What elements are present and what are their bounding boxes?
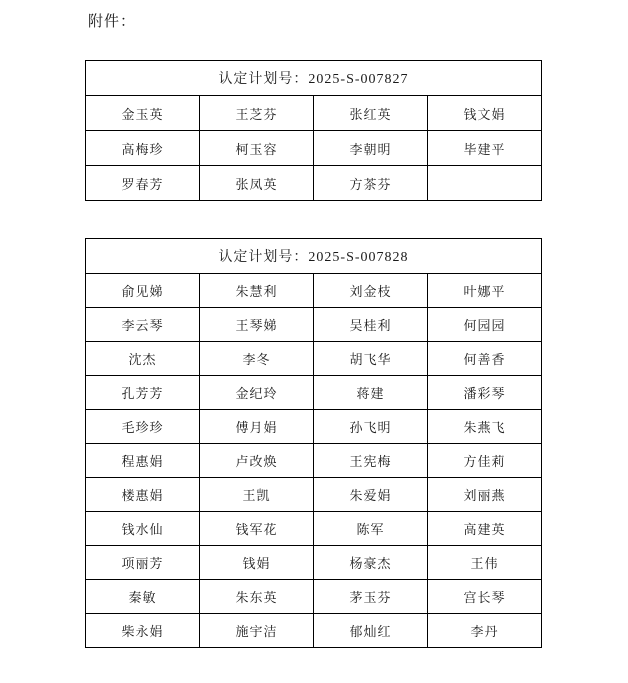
name-cell: 金纪玲 bbox=[200, 376, 314, 410]
plan-table-body: 金玉英王芝芬张红英钱文娟高梅珍柯玉容李朝明毕建平罗春芳张凤英方茶芬 bbox=[86, 96, 542, 201]
plan-number-title: 认定计划号：2025-S-007828 bbox=[86, 239, 542, 274]
name-cell: 王伟 bbox=[428, 546, 542, 580]
name-cell: 朱燕飞 bbox=[428, 410, 542, 444]
name-cell: 陈军 bbox=[314, 512, 428, 546]
name-cell: 高梅珍 bbox=[86, 131, 200, 166]
name-cell: 毕建平 bbox=[428, 131, 542, 166]
name-cell: 蒋建 bbox=[314, 376, 428, 410]
name-cell: 郁灿红 bbox=[314, 614, 428, 648]
table-row: 秦敏朱东英茅玉芬宫长琴 bbox=[86, 580, 542, 614]
name-cell: 王凯 bbox=[200, 478, 314, 512]
name-cell: 王宪梅 bbox=[314, 444, 428, 478]
name-cell: 胡飞华 bbox=[314, 342, 428, 376]
name-cell: 施宇洁 bbox=[200, 614, 314, 648]
plan-number-title: 认定计划号：2025-S-007827 bbox=[86, 61, 542, 96]
name-cell: 钱文娟 bbox=[428, 96, 542, 131]
table-row: 李云琴王琴娣吴桂利何园园 bbox=[86, 308, 542, 342]
table-row: 钱水仙钱军花陈军高建英 bbox=[86, 512, 542, 546]
name-cell: 叶娜平 bbox=[428, 274, 542, 308]
name-cell: 方佳莉 bbox=[428, 444, 542, 478]
table-row: 高梅珍柯玉容李朝明毕建平 bbox=[86, 131, 542, 166]
table-row: 金玉英王芝芬张红英钱文娟 bbox=[86, 96, 542, 131]
name-cell: 程惠娟 bbox=[86, 444, 200, 478]
name-cell: 朱爱娟 bbox=[314, 478, 428, 512]
attachment-label: 附件： bbox=[88, 10, 136, 31]
name-cell: 李丹 bbox=[428, 614, 542, 648]
name-cell: 方茶芬 bbox=[314, 166, 428, 201]
name-cell: 卢改焕 bbox=[200, 444, 314, 478]
name-cell: 钱娟 bbox=[200, 546, 314, 580]
name-cell: 茅玉芬 bbox=[314, 580, 428, 614]
table-row: 毛珍珍傅月娟孙飞明朱燕飞 bbox=[86, 410, 542, 444]
table-row: 孔芳芳金纪玲蒋建潘彩琴 bbox=[86, 376, 542, 410]
name-cell: 杨豪杰 bbox=[314, 546, 428, 580]
name-cell: 孙飞明 bbox=[314, 410, 428, 444]
name-cell: 张凤英 bbox=[200, 166, 314, 201]
name-cell: 何善香 bbox=[428, 342, 542, 376]
table-row: 俞见娣朱慧利刘金枝叶娜平 bbox=[86, 274, 542, 308]
name-cell: 秦敏 bbox=[86, 580, 200, 614]
name-cell: 钱水仙 bbox=[86, 512, 200, 546]
name-cell: 何园园 bbox=[428, 308, 542, 342]
table-row: 柴永娟施宇洁郁灿红李丹 bbox=[86, 614, 542, 648]
table-header-row: 认定计划号：2025-S-007828 bbox=[86, 239, 542, 274]
plan-table-body: 俞见娣朱慧利刘金枝叶娜平李云琴王琴娣吴桂利何园园沈杰李冬胡飞华何善香孔芳芳金纪玲… bbox=[86, 274, 542, 648]
name-cell: 刘金枝 bbox=[314, 274, 428, 308]
name-cell: 李冬 bbox=[200, 342, 314, 376]
name-cell: 吴桂利 bbox=[314, 308, 428, 342]
name-cell: 项丽芳 bbox=[86, 546, 200, 580]
empty-cell bbox=[428, 166, 542, 201]
name-cell: 钱军花 bbox=[200, 512, 314, 546]
name-cell: 李云琴 bbox=[86, 308, 200, 342]
document-page: 附件： 认定计划号：2025-S-007827 金玉英王芝芬张红英钱文娟高梅珍柯… bbox=[0, 0, 628, 683]
name-cell: 沈杰 bbox=[86, 342, 200, 376]
plan-table-007827: 认定计划号：2025-S-007827 金玉英王芝芬张红英钱文娟高梅珍柯玉容李朝… bbox=[85, 60, 542, 201]
table-row: 楼惠娟王凯朱爱娟刘丽燕 bbox=[86, 478, 542, 512]
name-cell: 罗春芳 bbox=[86, 166, 200, 201]
table-header-row: 认定计划号：2025-S-007827 bbox=[86, 61, 542, 96]
name-cell: 俞见娣 bbox=[86, 274, 200, 308]
name-cell: 王芝芬 bbox=[200, 96, 314, 131]
name-cell: 宫长琴 bbox=[428, 580, 542, 614]
name-cell: 李朝明 bbox=[314, 131, 428, 166]
table-row: 程惠娟卢改焕王宪梅方佳莉 bbox=[86, 444, 542, 478]
name-cell: 毛珍珍 bbox=[86, 410, 200, 444]
name-cell: 刘丽燕 bbox=[428, 478, 542, 512]
name-cell: 傅月娟 bbox=[200, 410, 314, 444]
name-cell: 柴永娟 bbox=[86, 614, 200, 648]
plan-table-007828: 认定计划号：2025-S-007828 俞见娣朱慧利刘金枝叶娜平李云琴王琴娣吴桂… bbox=[85, 238, 542, 648]
name-cell: 金玉英 bbox=[86, 96, 200, 131]
name-cell: 朱慧利 bbox=[200, 274, 314, 308]
name-cell: 张红英 bbox=[314, 96, 428, 131]
table-row: 沈杰李冬胡飞华何善香 bbox=[86, 342, 542, 376]
name-cell: 楼惠娟 bbox=[86, 478, 200, 512]
table-row: 罗春芳张凤英方茶芬 bbox=[86, 166, 542, 201]
name-cell: 柯玉容 bbox=[200, 131, 314, 166]
table-row: 项丽芳钱娟杨豪杰王伟 bbox=[86, 546, 542, 580]
name-cell: 高建英 bbox=[428, 512, 542, 546]
name-cell: 朱东英 bbox=[200, 580, 314, 614]
name-cell: 王琴娣 bbox=[200, 308, 314, 342]
name-cell: 潘彩琴 bbox=[428, 376, 542, 410]
name-cell: 孔芳芳 bbox=[86, 376, 200, 410]
